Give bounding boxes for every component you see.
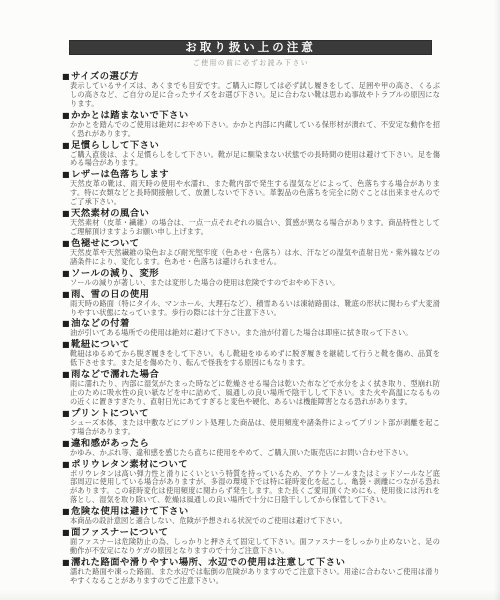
title-bar: お取り扱い上の注意 [69, 40, 432, 55]
notice-section: ■ 危険な使用は避けて下さい 本商品の設計意図と適合しない、危険が予想される状況… [62, 506, 440, 526]
square-bullet-icon: ■ [62, 408, 70, 419]
section-body: 天然素材（皮革・繊維）の場合は、一点一点それぞれの風合い、質感が異なる場合があり… [70, 219, 440, 237]
square-bullet-icon: ■ [62, 459, 70, 470]
square-bullet-icon: ■ [62, 527, 70, 538]
square-bullet-icon: ■ [62, 506, 70, 517]
square-bullet-icon: ■ [62, 318, 70, 329]
notice-section: ■ プリントについて シューズ本体、または中敷などにプリント処理した商品は、使用… [62, 408, 440, 437]
section-body: 雨天時の路面（特にタイル、マンホール、大理石など）、積雪あるいは凍結路面は、靴底… [70, 300, 440, 318]
section-body: 本商品の設計意図と適合しない、危険が予想される状況でのご使用は避けて下さい。 [70, 517, 440, 526]
section-body: かかとを踏んでのご使用は絶対におやめ下さい。かかと内部に内蔵している保形材が潰れ… [70, 121, 440, 139]
notice-section: ■ レザーは色落ちします 天然皮革の靴は、雨天時の使用や水濡れ、また靴内部で発生… [62, 169, 440, 207]
notice-section: ■ 雨などで濡れた場合 雨に濡れたり、内部に湿気がたまった時などに乾燥させる場合… [62, 369, 440, 407]
square-bullet-icon: ■ [62, 71, 70, 82]
notice-section: ■ 濡れた路面や滑りやすい場所、水辺での使用は注意して下さい 濡れた路面や凍った… [62, 557, 440, 586]
section-heading: ■ 足慣らしして下さい [62, 140, 440, 151]
square-bullet-icon: ■ [62, 140, 70, 151]
section-body: ソールの減りが著しい、または変形した場合の使用は危険ですのでおやめ下さい。 [70, 279, 440, 288]
notice-section: ■ ポリウレタン素材について ポリウレタンは高い弾力性と滑りにくいという特質を持… [62, 459, 440, 506]
notice-section: ■ 足慣らしして下さい ご購入直後は、よく足慣らしをして下さい。靴が足に馴染まな… [62, 140, 440, 169]
section-body: 表示しているサイズは、あくまでも目安です。ご購入に際しては必ず試し履きをして、足… [70, 82, 440, 109]
square-bullet-icon: ■ [62, 289, 70, 300]
page-title: お取り扱い上の注意 [185, 40, 316, 54]
section-heading: ■ 雨、雪の日の使用 [62, 289, 440, 300]
section-body: 雨に濡れたり、内部に湿気がたまった時などに乾燥させる場合は乾いた布などで水分をよ… [70, 380, 440, 407]
section-body: 濡れた路面や凍った路面、また水辺では転倒の危険がありますのでご注意下さい。用途に… [70, 568, 440, 586]
notice-section: ■ 違和感があったら かゆみ、かぶれ等、違和感を感じたら直ちに使用をやめて、ご購… [62, 438, 440, 458]
square-bullet-icon: ■ [62, 369, 70, 380]
section-body: ご購入直後は、よく足慣らしをして下さい。靴が足に馴染まない状態での長時間の使用は… [70, 151, 440, 169]
notice-section: ■ サイズの選び方 表示しているサイズは、あくまでも目安です。ご購入に際しては必… [62, 71, 440, 109]
square-bullet-icon: ■ [62, 208, 70, 219]
notice-section: ■ 油などの付着 油が引いてある場所での使用は絶対に避けて下さい。また油が付着し… [62, 318, 440, 338]
section-body: 油が引いてある場所での使用は絶対に避けて下さい。また油が付着した場合は即座に拭き… [70, 329, 440, 338]
section-body: ポリウレタンは高い弾力性と滑りにくいという特質を持っているため、アウトソールまた… [70, 470, 440, 506]
section-body: 靴紐はゆるめてから脱ぎ履きをして下さい。もし靴紐をゆるめずに脱ぎ履きを継続して行… [70, 350, 440, 368]
square-bullet-icon: ■ [62, 339, 70, 350]
section-body: 天然皮革や天然繊維の染色および耐光堅牢度（色あせ・色落ち）は水、汗などの湿気や直… [70, 249, 440, 267]
page-subtitle: ご使用の前に必ずお読み下さい [62, 57, 440, 67]
square-bullet-icon: ■ [62, 110, 70, 121]
section-title: 違和感があったら [71, 438, 149, 449]
section-heading: ■ ポリウレタン素材について [62, 459, 440, 470]
section-heading: ■ 違和感があったら [62, 438, 440, 449]
notice-section: ■ 雨、雪の日の使用 雨天時の路面（特にタイル、マンホール、大理石など）、積雪あ… [62, 289, 440, 318]
notice-section: ■ 色褪せについて 天然皮革や天然繊維の染色および耐光堅牢度（色あせ・色落ち）は… [62, 238, 440, 267]
section-title: 雨、雪の日の使用 [71, 289, 149, 300]
square-bullet-icon: ■ [62, 169, 70, 180]
document-page: お取り扱い上の注意 ご使用の前に必ずお読み下さい ■ サイズの選び方 表示してい… [0, 0, 500, 600]
section-title: 足慣らしして下さい [71, 140, 159, 151]
section-body: シューズ本体、または中敷などにプリント処理した商品は、使用頻度や諸条件によってプ… [70, 419, 440, 437]
notice-section: ■ 靴紐について 靴紐はゆるめてから脱ぎ履きをして下さい。もし靴紐をゆるめずに脱… [62, 339, 440, 368]
sections-list: ■ サイズの選び方 表示しているサイズは、あくまでも目安です。ご購入に際しては必… [62, 71, 440, 586]
square-bullet-icon: ■ [62, 438, 70, 449]
square-bullet-icon: ■ [62, 238, 70, 249]
square-bullet-icon: ■ [62, 268, 70, 279]
section-body: 面ファスナーは危険防止の為、しっかりと押さえて固定して下さい。面ファスナーをしっ… [70, 538, 440, 556]
section-body: かゆみ、かぶれ等、違和感を感じたら直ちに使用をやめて、ご購入頂いた販売店にお問い… [70, 449, 440, 458]
square-bullet-icon: ■ [62, 557, 70, 568]
notice-section: ■ かかとは踏まないで下さい かかとを踏んでのご使用は絶対におやめ下さい。かかと… [62, 110, 440, 139]
notice-section: ■ 面ファスナーについて 面ファスナーは危険防止の為、しっかりと押さえて固定して… [62, 527, 440, 556]
notice-section: ■ ソールの減り、変形 ソールの減りが著しい、または変形した場合の使用は危険です… [62, 268, 440, 288]
notice-section: ■ 天然素材の風合い 天然素材（皮革・繊維）の場合は、一点一点それぞれの風合い、… [62, 208, 440, 237]
section-body: 天然皮革の靴は、雨天時の使用や水濡れ、また靴内部で発生する湿気などによって、色落… [70, 180, 440, 207]
section-title: ポリウレタン素材について [71, 459, 188, 470]
